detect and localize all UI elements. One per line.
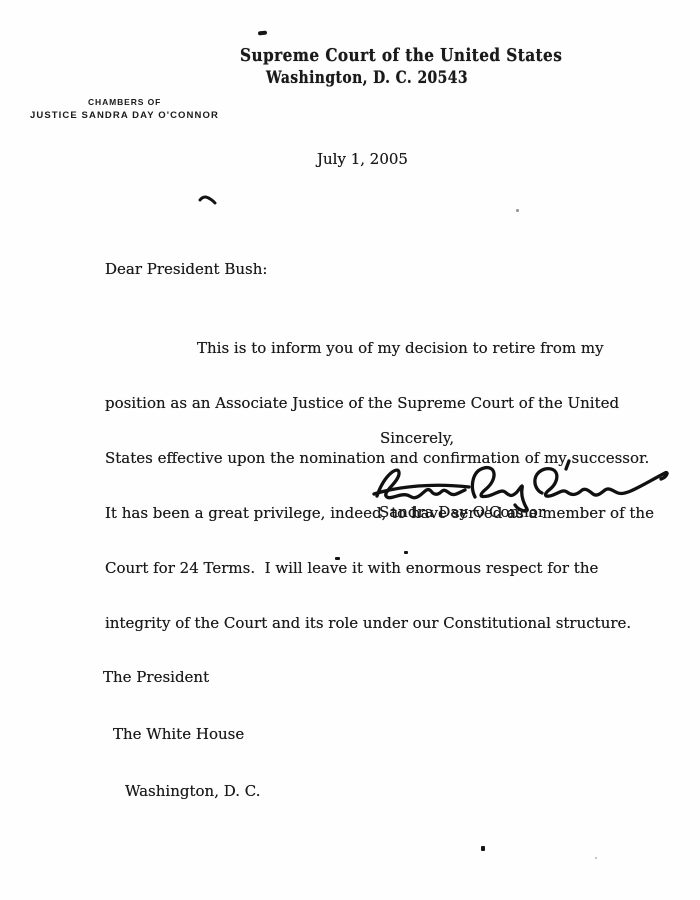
scan-artifact-squiggle <box>198 194 218 206</box>
scan-artifact-dot <box>335 557 340 560</box>
address-line: The White House <box>103 724 260 745</box>
chambers-justice-name: JUSTICE SANDRA DAY O'CONNOR <box>30 110 219 121</box>
address-line: The President <box>103 667 260 688</box>
date-line: July 1, 2005 <box>317 150 408 168</box>
recipient-address: The President The White House Washington… <box>103 631 260 838</box>
chambers-of-label: CHAMBERS OF <box>88 97 161 107</box>
letterhead-line1: Supreme Court of the United States <box>240 45 562 66</box>
address-line: Washington, D. C. <box>103 781 260 802</box>
scan-artifact-dot <box>481 846 485 851</box>
letterhead-line2: Washington, D. C. 20543 <box>266 68 468 88</box>
scan-artifact-dot <box>404 551 408 554</box>
typed-signature-name: Sandra Day O'Connor <box>379 503 545 521</box>
salutation: Dear President Bush: <box>105 260 267 278</box>
scan-artifact-dot <box>595 857 597 859</box>
closing-sincerely: Sincerely, <box>380 429 454 447</box>
scan-artifact-dot <box>516 209 519 212</box>
body-line: Court for 24 Terms. I will leave it with… <box>105 559 654 578</box>
scanned-letter-page: Supreme Court of the United States Washi… <box>0 0 700 900</box>
body-line: This is to inform you of my decision to … <box>105 339 654 358</box>
scan-artifact-dot <box>258 31 267 36</box>
body-line: position as an Associate Justice of the … <box>105 394 654 413</box>
